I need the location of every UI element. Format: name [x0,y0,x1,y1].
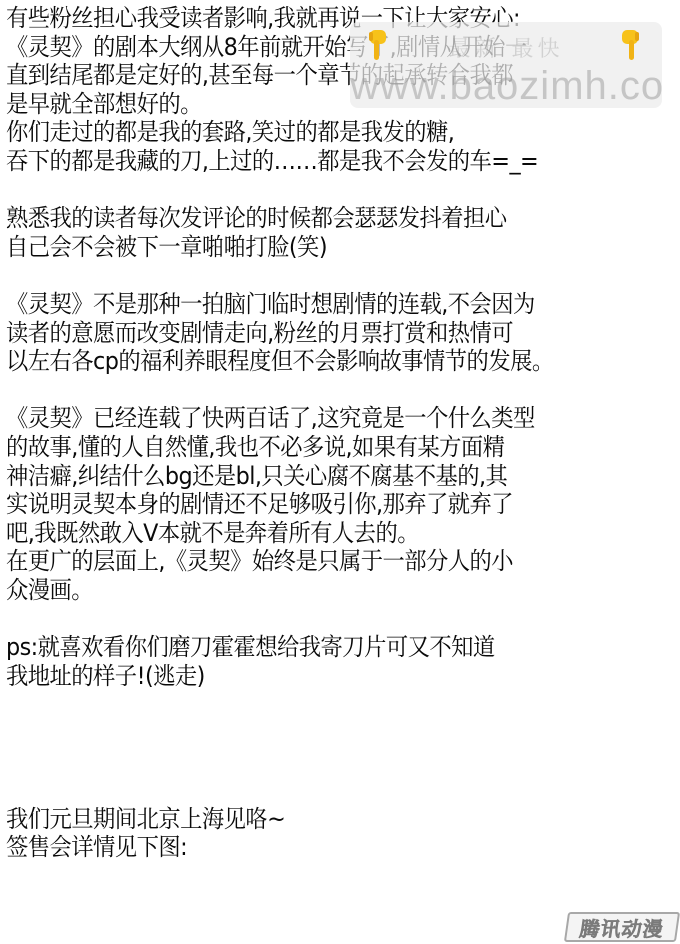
paragraph-gap [6,261,678,290]
text-line: 众漫画。 [6,576,631,605]
paragraph-gap [6,604,678,633]
text-line: 签售会详情见下图: [6,833,631,862]
text-line: 以左右各cp的福利养眼程度但不会影响故事情节的发展。 [6,347,631,376]
paragraph-gap [6,376,678,405]
paragraph-gap [6,690,678,719]
text-line: ps:就喜欢看你们磨刀霍霍想给我寄刀片可又不知道 [6,633,631,662]
text-line: 吞下的都是我藏的刀,上过的……都是我不会发的车=_= [6,147,631,176]
site-watermark: 最新 最快 www.baozimh.com [350,22,662,108]
paragraph-gap [6,776,678,805]
text-line: 实说明灵契本身的剧情还不足够吸引你,那弃了就弃了 [6,490,631,519]
text-line: 《灵契》不是那种一拍脑门临时想剧情的连载,不会因为 [6,290,631,319]
text-line: 神洁癖,纠结什么bg还是bl,只关心腐不腐基不基的,其 [6,462,631,491]
paragraph-gap [6,176,678,205]
text-line: 的故事,懂的人自然懂,我也不必多说,如果有某方面精 [6,433,631,462]
tencent-comics-logo: 腾讯动漫 [564,912,680,942]
text-line: 吧,我既然敢入V本就不是奔着所有人去的。 [6,519,631,548]
logo-text: 腾讯动漫 [578,913,666,942]
watermark-faint-text: 最新 最快 [350,32,662,63]
pointing-down-hand-icon [618,28,640,62]
text-line: 《灵契》已经连载了快两百话了,这究竟是一个什么类型 [6,404,631,433]
text-line: 你们走过的都是我的套路,笑过的都是我发的糖, [6,118,631,147]
text-line: 自己会不会被下一章啪啪打脸(笑) [6,233,631,262]
text-line: 我们元旦期间北京上海见咯~ [6,805,631,834]
text-line: 读者的意愿而改变剧情走向,粉丝的月票打赏和热情可 [6,319,631,348]
text-line: 我地址的样子!(逃走) [6,662,631,691]
text-line: 在更广的层面上,《灵契》始终是只属于一部分人的小 [6,547,631,576]
paragraph-gap [6,747,678,776]
pointing-down-hand-icon [368,28,390,62]
text-line: 熟悉我的读者每次发评论的时候都会瑟瑟发抖着担心 [6,204,631,233]
watermark-url: www.baozimh.com [350,66,662,106]
paragraph-gap [6,719,678,748]
author-note: 有些粉丝担心我受读者影响,我就再说一下让大家安心: 《灵契》的剧本大纲从8年前就… [6,4,678,862]
